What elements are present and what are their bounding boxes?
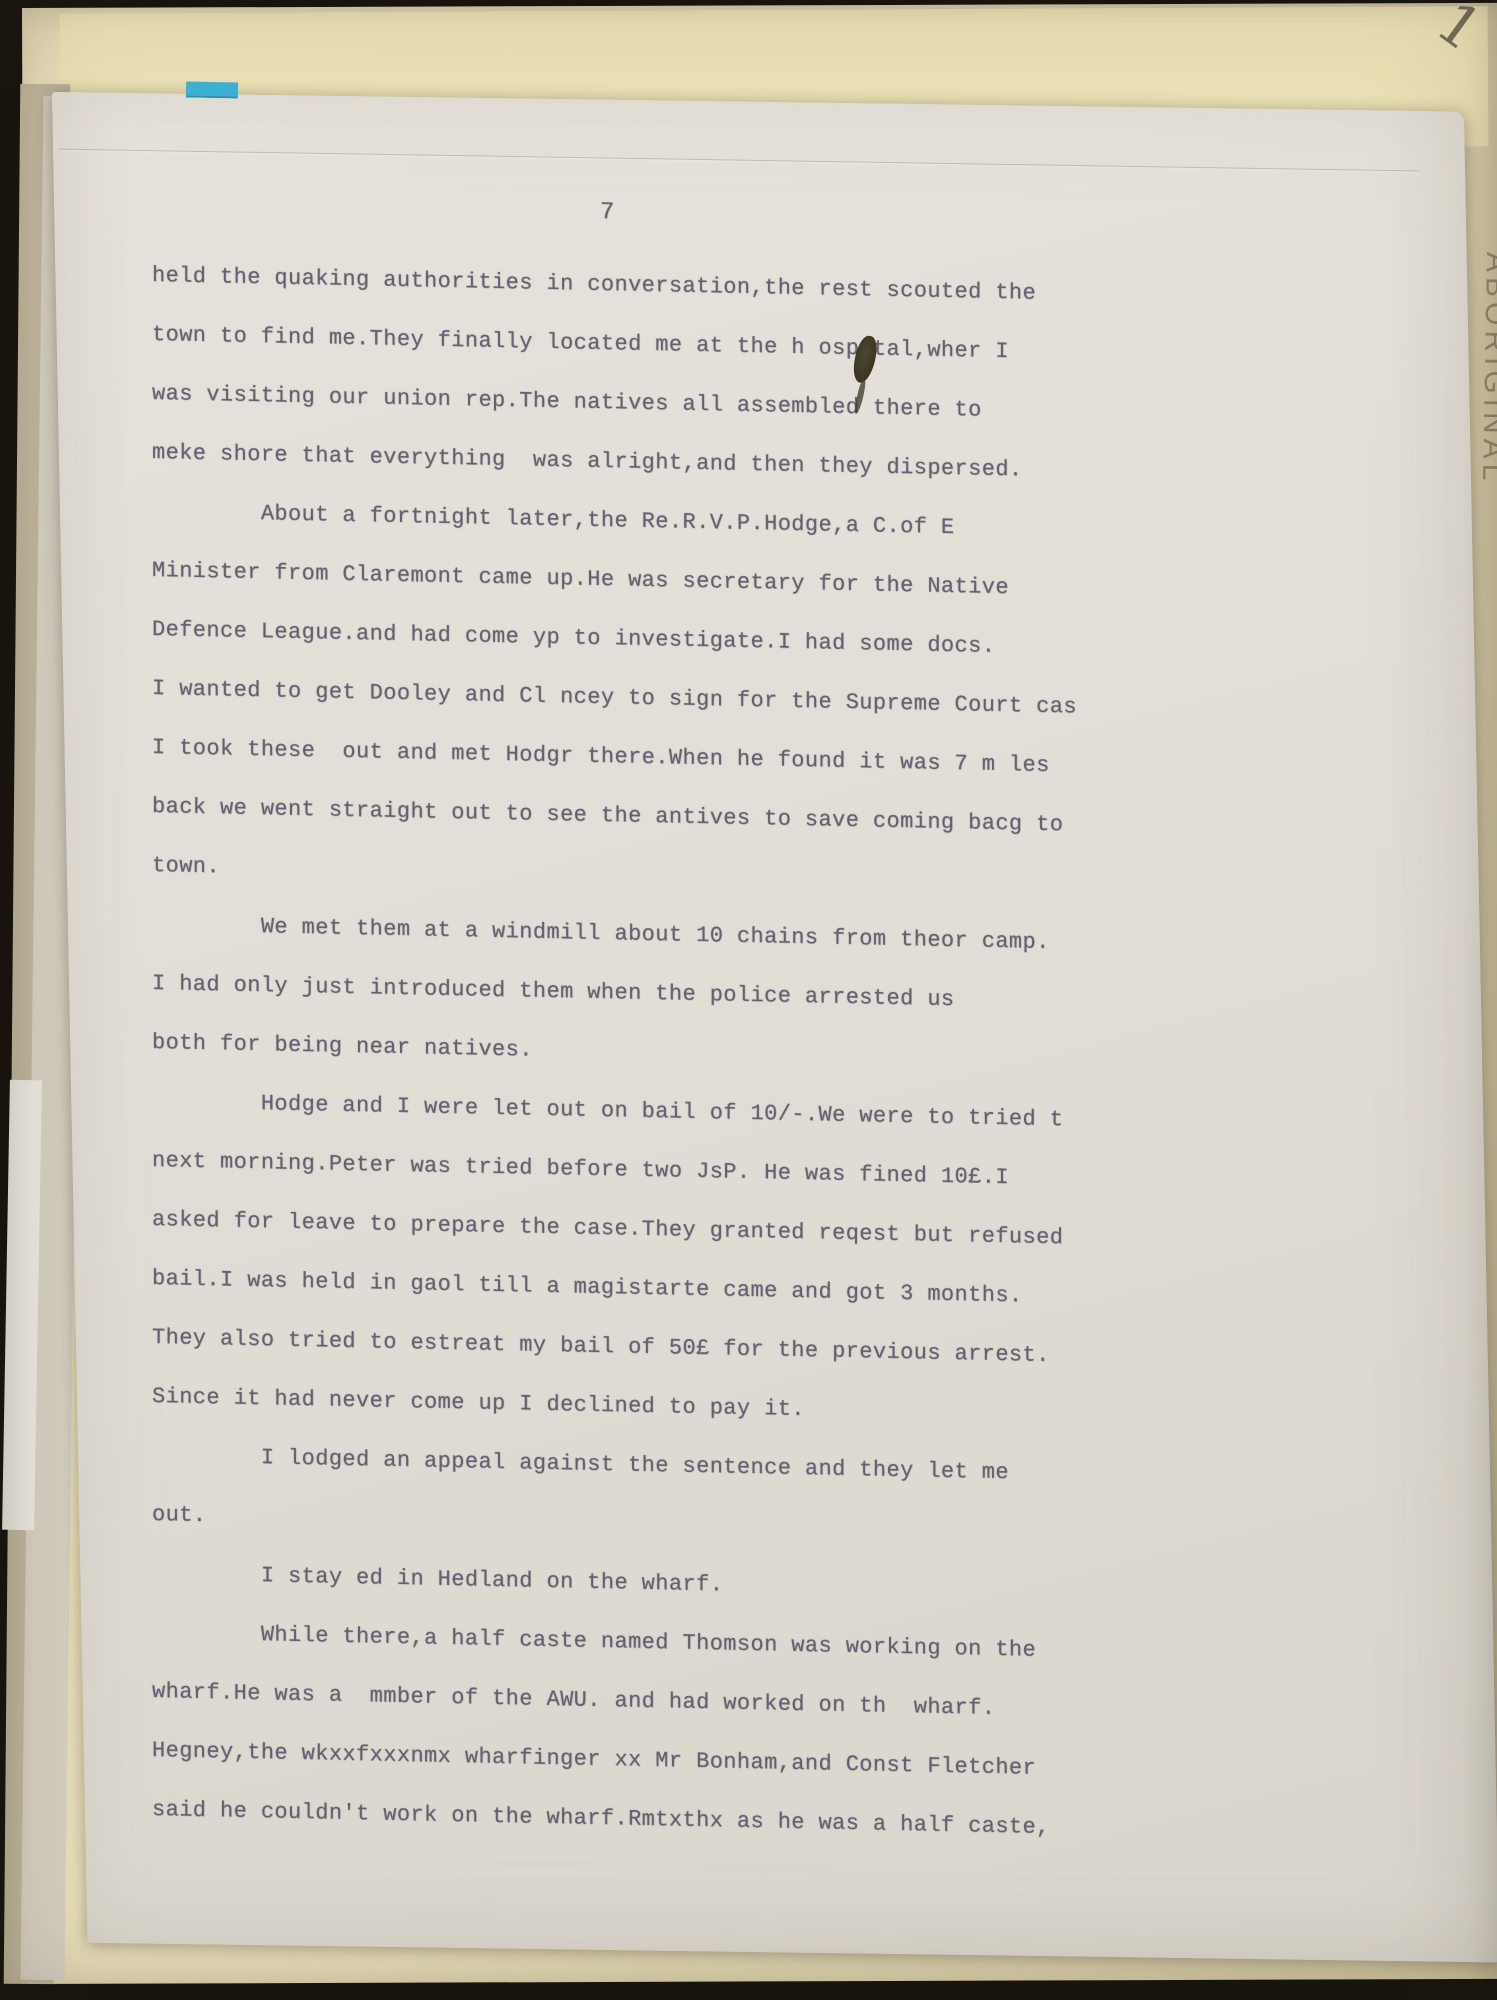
photo-scene: 1 ABORIGINAL 7 held the quaking authorit…	[0, 0, 1497, 2000]
typed-text-block: 7 held the quaking authorities in conver…	[152, 246, 1192, 1860]
index-tab	[186, 81, 238, 98]
page-number: 7	[600, 193, 615, 233]
page-crease	[59, 149, 1419, 172]
margin-stamp-vertical: ABORIGINAL	[1475, 252, 1497, 486]
